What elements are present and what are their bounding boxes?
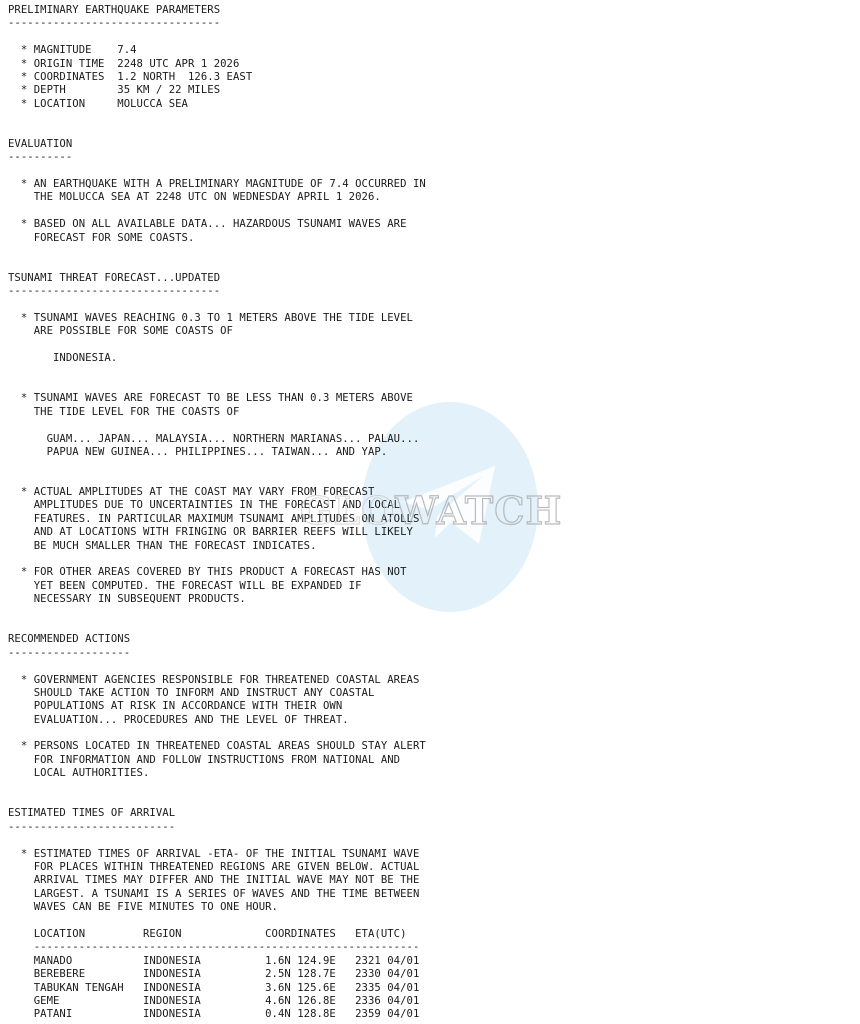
spacer (8, 245, 426, 258)
eta-table-header: LOCATION REGION COORDINATES ETA(UTC) (8, 928, 426, 941)
watermark-faint: GLO (300, 488, 395, 533)
action-bullet: * GOVERNMENT AGENCIES RESPONSIBLE FOR TH… (8, 674, 426, 687)
spacer (8, 125, 426, 138)
eta-table-rule: ----------------------------------------… (8, 941, 426, 954)
spacer (8, 915, 426, 928)
spacer (8, 258, 426, 271)
section-rule: --------------------------------- (8, 285, 426, 298)
parameter-row: * LOCATION MOLUCCA SEA (8, 98, 426, 111)
action-bullet: * PERSONS LOCATED IN THREATENED COASTAL … (8, 740, 426, 753)
spacer (8, 31, 426, 44)
evaluation-bullet: THE MOLUCCA SEA AT 2248 UTC ON WEDNESDAY… (8, 191, 426, 204)
spacer (8, 366, 426, 379)
action-bullet: POPULATIONS AT RISK IN ACCORDANCE WITH T… (8, 700, 426, 713)
spacer (8, 379, 426, 392)
spacer (8, 419, 426, 432)
threat-bullet: THE TIDE LEVEL FOR THE COASTS OF (8, 406, 426, 419)
parameter-row: * COORDINATES 1.2 NORTH 126.3 EAST (8, 71, 426, 84)
spacer (8, 607, 426, 620)
spacer (8, 620, 426, 633)
eta-table-row: PATANI INDONESIA 0.4N 128.8E 2359 04/01 (8, 1008, 426, 1021)
spacer (8, 299, 426, 312)
threat-bullet: NECESSARY IN SUBSEQUENT PRODUCTS. (8, 593, 426, 606)
action-bullet: FOR INFORMATION AND FOLLOW INSTRUCTIONS … (8, 754, 426, 767)
section-heading: EVALUATION (8, 138, 426, 151)
evaluation-bullet: FORECAST FOR SOME COASTS. (8, 232, 426, 245)
watermark-main: WATCH (395, 488, 562, 533)
spacer (8, 473, 426, 486)
spacer (8, 553, 426, 566)
spacer (8, 459, 426, 472)
threat-bullet: ARE POSSIBLE FOR SOME COASTS OF (8, 325, 426, 338)
eta-table-row: GEME INDONESIA 4.6N 126.8E 2336 04/01 (8, 995, 426, 1008)
section-heading: TSUNAMI THREAT FORECAST...UPDATED (8, 272, 426, 285)
threat-bullet: * TSUNAMI WAVES ARE FORECAST TO BE LESS … (8, 392, 426, 405)
action-bullet: LOCAL AUTHORITIES. (8, 767, 426, 780)
eta-bullet: LARGEST. A TSUNAMI IS A SERIES OF WAVES … (8, 888, 426, 901)
spacer (8, 205, 426, 218)
threat-bullet: * TSUNAMI WAVES REACHING 0.3 TO 1 METERS… (8, 312, 426, 325)
threat-places: GUAM... JAPAN... MALAYSIA... NORTHERN MA… (8, 433, 426, 446)
eta-table-row: BEREBERE INDONESIA 2.5N 128.7E 2330 04/0… (8, 968, 426, 981)
spacer (8, 834, 426, 847)
parameter-row: * DEPTH 35 KM / 22 MILES (8, 84, 426, 97)
spacer (8, 660, 426, 673)
section-rule: --------------------------------- (8, 17, 426, 30)
evaluation-bullet: * BASED ON ALL AVAILABLE DATA... HAZARDO… (8, 218, 426, 231)
evaluation-bullet: * AN EARTHQUAKE WITH A PRELIMINARY MAGNI… (8, 178, 426, 191)
spacer (8, 781, 426, 794)
eta-bullet: * ESTIMATED TIMES OF ARRIVAL -ETA- OF TH… (8, 848, 426, 861)
spacer (8, 339, 426, 352)
section-heading: RECOMMENDED ACTIONS (8, 633, 426, 646)
threat-bullet: YET BEEN COMPUTED. THE FORECAST WILL BE … (8, 580, 426, 593)
eta-bullet: FOR PLACES WITHIN THREATENED REGIONS ARE… (8, 861, 426, 874)
threat-places: INDONESIA. (8, 352, 426, 365)
spacer (8, 111, 426, 124)
section-rule: ---------- (8, 151, 426, 164)
spacer (8, 794, 426, 807)
spacer (8, 727, 426, 740)
watermark-text: GLOWATCH (300, 488, 562, 533)
eta-bullet: ARRIVAL TIMES MAY DIFFER AND THE INITIAL… (8, 874, 426, 887)
threat-places: PAPUA NEW GUINEA... PHILIPPINES... TAIWA… (8, 446, 426, 459)
section-rule: ------------------- (8, 647, 426, 660)
spacer (8, 165, 426, 178)
threat-bullet: BE MUCH SMALLER THAN THE FORECAST INDICA… (8, 540, 426, 553)
section-heading: ESTIMATED TIMES OF ARRIVAL (8, 807, 426, 820)
parameter-row: * ORIGIN TIME 2248 UTC APR 1 2026 (8, 58, 426, 71)
eta-table-row: MANADO INDONESIA 1.6N 124.9E 2321 04/01 (8, 955, 426, 968)
section-rule: -------------------------- (8, 821, 426, 834)
section-heading: PRELIMINARY EARTHQUAKE PARAMETERS (8, 4, 426, 17)
action-bullet: SHOULD TAKE ACTION TO INFORM AND INSTRUC… (8, 687, 426, 700)
eta-table-row: TABUKAN TENGAH INDONESIA 3.6N 125.6E 233… (8, 982, 426, 995)
threat-bullet: * FOR OTHER AREAS COVERED BY THIS PRODUC… (8, 566, 426, 579)
parameter-row: * MAGNITUDE 7.4 (8, 44, 426, 57)
action-bullet: EVALUATION... PROCEDURES AND THE LEVEL O… (8, 714, 426, 727)
eta-bullet: WAVES CAN BE FIVE MINUTES TO ONE HOUR. (8, 901, 426, 914)
